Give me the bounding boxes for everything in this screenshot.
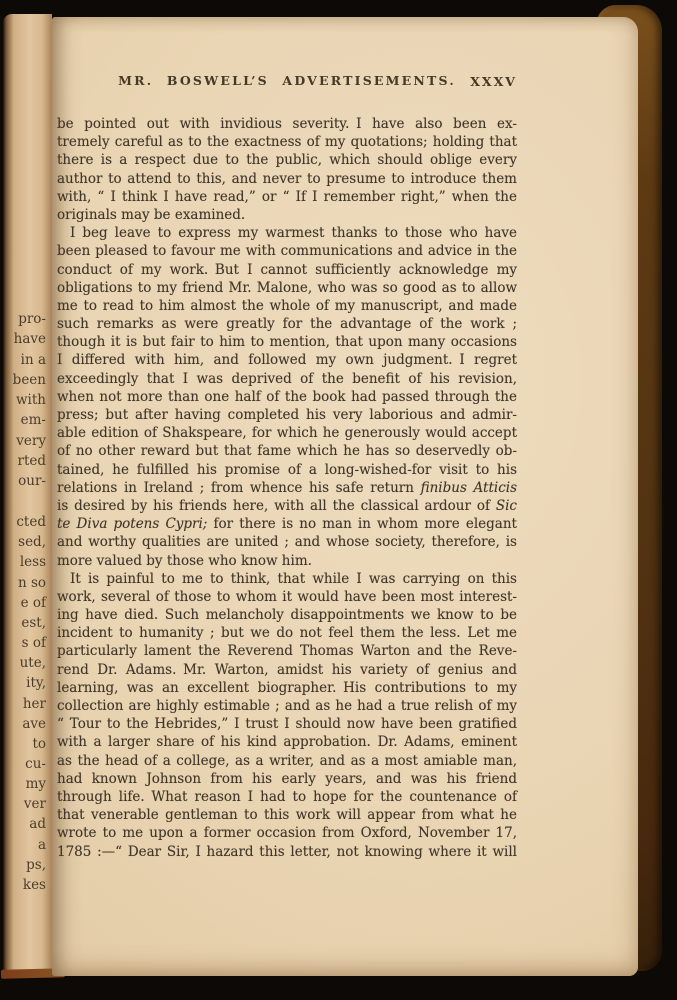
- text-line: obligations to my friend Mr. Malone, who…: [57, 279, 517, 297]
- spine-text-fragment: s of: [22, 635, 46, 651]
- text-line: though it is but fair to him to mention,…: [57, 333, 517, 351]
- text-line: there is a respect due to the public, wh…: [57, 151, 517, 169]
- text-line: that venerable gentleman to this work wi…: [57, 806, 517, 824]
- text-line: work, several of those to whom it would …: [57, 588, 517, 606]
- text-line: rend Dr. Adams. Mr. Warton, amidst his v…: [57, 661, 517, 679]
- text-line: wrote to me upon a former occasion from …: [57, 824, 517, 842]
- text-line: te Diva potens Cypri; for there is no ma…: [57, 515, 517, 533]
- photo-background: { "colors": { "photo_background": "#0c09…: [0, 0, 677, 1000]
- spine-text-fragment: a: [38, 837, 46, 853]
- text-line: tained, he fulfilled his promise of a lo…: [57, 461, 517, 479]
- text-line: such remarks as were greatly for the adv…: [57, 315, 517, 333]
- text-line: as the head of a college, as a writer, a…: [57, 752, 517, 770]
- spine-text-fragment: ave: [22, 716, 46, 732]
- text-line: conduct of my work. But I cannot suffici…: [57, 261, 517, 279]
- spine-text-fragment: in a: [21, 352, 46, 368]
- spine-text-fragment: very: [16, 433, 46, 449]
- text-line: It is painful to me to think, that while…: [57, 570, 517, 588]
- spine-text-fragment: est,: [21, 615, 46, 631]
- spine-text-fragment: ver: [24, 796, 46, 812]
- spine-text-fragment: cted: [16, 514, 46, 530]
- spine-text-fragment: ity,: [26, 675, 46, 691]
- text-line: relations in Ireland ; from whence his s…: [57, 479, 517, 497]
- book-page: MR. BOSWELL’S ADVERTISEMENTS. XXXV be po…: [52, 17, 638, 976]
- text-line: exceedingly that I was deprived of the b…: [57, 370, 517, 388]
- spine-text-fragment: have: [14, 331, 46, 347]
- text-line: press; but after having completed his ve…: [57, 406, 517, 424]
- text-line: I differed with him, and followed my own…: [57, 351, 517, 369]
- text-line: of no other reward but that fame which h…: [57, 442, 517, 460]
- text-line: particularly lament the Reverend Thomas …: [57, 642, 517, 660]
- text-line: me to read to him almost the whole of my…: [57, 297, 517, 315]
- text-line: author to attend to this, and never to p…: [57, 170, 517, 188]
- text-block: be pointed out with invidious severity. …: [57, 115, 517, 861]
- text-line: incident to humanity ; but we do not fee…: [57, 624, 517, 642]
- text-line: ing have died. Such melancholy disappoin…: [57, 606, 517, 624]
- text-line: 1785 :—“ Dear Sir, I hazard this letter,…: [57, 843, 517, 861]
- page-header: MR. BOSWELL’S ADVERTISEMENTS. XXXV: [57, 73, 517, 89]
- text-line: collection are highly estimable ; and as…: [57, 697, 517, 715]
- facing-page-edge: pro-havein abeenwithem-veryrtedour-cteds…: [3, 14, 52, 974]
- text-line: through life. What reason I had to hope …: [57, 788, 517, 806]
- text-line: with, “ I think I have read,” or “ If I …: [57, 188, 517, 206]
- spine-text-fragment: kes: [23, 877, 46, 893]
- spine-text-fragment: sed,: [18, 534, 46, 550]
- text-line: learning, was an excellent biographer. H…: [57, 679, 517, 697]
- spine-text-fragment: ad: [29, 816, 46, 832]
- spine-text-fragment: e of: [21, 595, 46, 611]
- text-line: tremely careful as to the exactness of m…: [57, 133, 517, 151]
- text-line: I beg leave to express my warmest thanks…: [57, 224, 517, 242]
- spine-text-fragment: with: [16, 392, 46, 408]
- text-line: able edition of Shakspeare, for which he…: [57, 424, 517, 442]
- text-line: and worthy qualities are united ; and wh…: [57, 533, 517, 551]
- text-line: more valued by those who know him.: [57, 552, 517, 570]
- spine-text-fragment: ute,: [20, 655, 46, 671]
- spine-text-fragment: pro-: [18, 311, 46, 327]
- spine-text-fragment: cu-: [25, 756, 46, 772]
- spine-text-fragment: been: [13, 372, 46, 388]
- spine-text-fragment: less: [20, 554, 46, 570]
- text-line: “ Tour to the Hebrides,” I trust I shoul…: [57, 715, 517, 733]
- text-line: with a larger share of his kind approbat…: [57, 733, 517, 751]
- page-number: XXXV: [470, 74, 517, 89]
- spine-text-fragment: to: [32, 736, 46, 752]
- text-line: had known Johnson from his early years, …: [57, 770, 517, 788]
- spine-text-fragment: her: [23, 696, 46, 712]
- spine-text-fragment: n so: [18, 575, 46, 591]
- text-line: originals may be examined.: [57, 206, 517, 224]
- spine-text-fragment: ps,: [26, 857, 46, 873]
- text-line: is desired by his friends here, with all…: [57, 497, 517, 515]
- text-line: been pleased to favour me with communica…: [57, 242, 517, 260]
- spine-text-fragment: my: [26, 776, 46, 792]
- spine-text-fragment: em-: [21, 412, 46, 428]
- text-line: be pointed out with invidious severity. …: [57, 115, 517, 133]
- spine-text-fragment: rted: [17, 453, 46, 469]
- running-title: MR. BOSWELL’S ADVERTISEMENTS.: [57, 73, 517, 88]
- text-line: when not more than one half of the book …: [57, 388, 517, 406]
- spine-text-fragment: our-: [18, 473, 46, 489]
